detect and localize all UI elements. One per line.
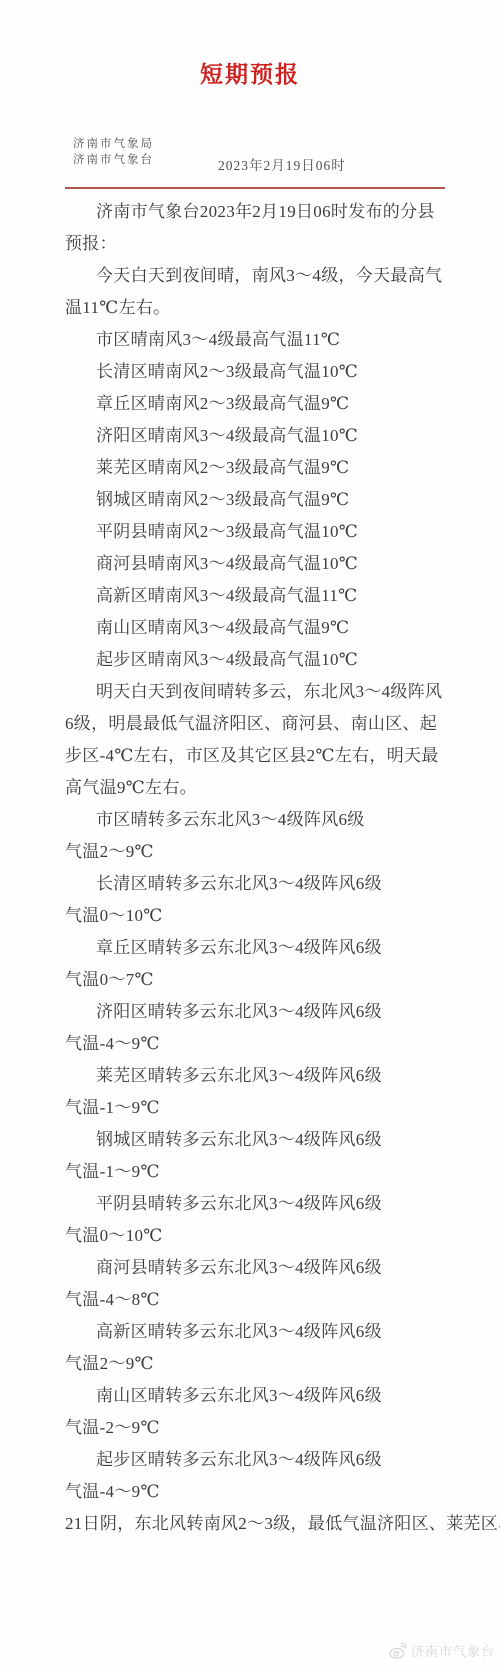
agency-line-1: 济南市气象局 xyxy=(73,136,154,152)
forecast-line: 气温0～10℃ xyxy=(65,900,500,932)
forecast-line: 平阴县晴转多云东北风3～4级阵风6级 xyxy=(65,1188,500,1220)
forecast-line: 高新区晴转多云东北风3～4级阵风6级 xyxy=(65,1316,500,1348)
issue-datetime: 2023年2月19日06时 xyxy=(218,154,346,174)
forecast-line: 气温-1～9℃ xyxy=(65,1156,500,1188)
forecast-line: 平阴县晴南风2～3级最高气温10℃ xyxy=(65,516,500,548)
forecast-line: 今天白天到夜间晴，南风3～4级，今天最高气 xyxy=(65,260,500,292)
forecast-line: 章丘区晴南风2～3级最高气温9℃ xyxy=(65,388,500,420)
forecast-line: 济南市气象台2023年2月19日06时发布的分县 xyxy=(65,196,500,228)
forecast-line: 市区晴转多云东北风3～4级阵风6级 xyxy=(65,804,500,836)
forecast-line: 长清区晴南风2～3级最高气温10℃ xyxy=(65,356,500,388)
forecast-line: 济阳区晴南风3～4级最高气温10℃ xyxy=(65,420,500,452)
forecast-line: 高新区晴南风3～4级最高气温11℃ xyxy=(65,580,500,612)
forecast-line: 起步区晴转多云东北风3～4级阵风6级 xyxy=(65,1444,500,1476)
forecast-line: 商河县晴转多云东北风3～4级阵风6级 xyxy=(65,1252,500,1284)
forecast-line: 预报： xyxy=(65,228,500,260)
forecast-line: 气温0～10℃ xyxy=(65,1220,500,1252)
watermark-text: 济南市气象台 xyxy=(411,1641,495,1660)
forecast-line: 济阳区晴转多云东北风3～4级阵风6级 xyxy=(65,996,500,1028)
forecast-line: 钢城区晴南风2～3级最高气温9℃ xyxy=(65,484,500,516)
forecast-line: 气温-1～9℃ xyxy=(65,1092,500,1124)
forecast-line: 商河县晴南风3～4级最高气温10℃ xyxy=(65,548,500,580)
weibo-eye-icon xyxy=(389,1643,407,1659)
agency-line-2: 济南市气象台 xyxy=(73,152,154,168)
forecast-line: 温11℃左右。 xyxy=(65,292,500,324)
forecast-line: 气温-4～9℃ xyxy=(65,1028,500,1060)
forecast-line: 明天白天到夜间晴转多云，东北风3～4级阵风 xyxy=(65,676,500,708)
forecast-line: 高气温9℃左右。 xyxy=(65,772,500,804)
forecast-line: 21日阴，东北风转南风2～3级，最低气温济阳区、莱芜区、钢城 xyxy=(65,1508,500,1540)
document-page: 短期预报 济南市气象局 济南市气象台 2023年2月19日06时 济南市气象台2… xyxy=(0,0,500,1670)
forecast-line: 莱芜区晴南风2～3级最高气温9℃ xyxy=(65,452,500,484)
forecast-line: 6级，明晨最低气温济阳区、商河县、南山区、起 xyxy=(65,708,500,740)
forecast-body: 济南市气象台2023年2月19日06时发布的分县预报：今天白天到夜间晴，南风3～… xyxy=(65,196,500,1540)
page-title: 短期预报 xyxy=(0,56,500,89)
forecast-line: 长清区晴转多云东北风3～4级阵风6级 xyxy=(65,868,500,900)
forecast-line: 市区晴南风3～4级最高气温11℃ xyxy=(65,324,500,356)
forecast-line: 起步区晴南风3～4级最高气温10℃ xyxy=(65,644,500,676)
forecast-line: 气温2～9℃ xyxy=(65,836,500,868)
header-divider xyxy=(65,187,445,189)
forecast-line: 章丘区晴转多云东北风3～4级阵风6级 xyxy=(65,932,500,964)
forecast-line: 气温0～7℃ xyxy=(65,964,500,996)
agency-block: 济南市气象局 济南市气象台 xyxy=(73,136,154,168)
forecast-line: 步区-4℃左右，市区及其它区县2℃左右，明天最 xyxy=(65,740,500,772)
forecast-line: 气温-4～9℃ xyxy=(65,1476,500,1508)
forecast-line: 南山区晴南风3～4级最高气温9℃ xyxy=(65,612,500,644)
forecast-line: 气温-4～8℃ xyxy=(65,1284,500,1316)
forecast-line: 气温-2～9℃ xyxy=(65,1412,500,1444)
forecast-line: 气温2～9℃ xyxy=(65,1348,500,1380)
forecast-line: 南山区晴转多云东北风3～4级阵风6级 xyxy=(65,1380,500,1412)
watermark: 济南市气象台 xyxy=(389,1641,495,1660)
forecast-line: 莱芜区晴转多云东北风3～4级阵风6级 xyxy=(65,1060,500,1092)
forecast-line: 钢城区晴转多云东北风3～4级阵风6级 xyxy=(65,1124,500,1156)
